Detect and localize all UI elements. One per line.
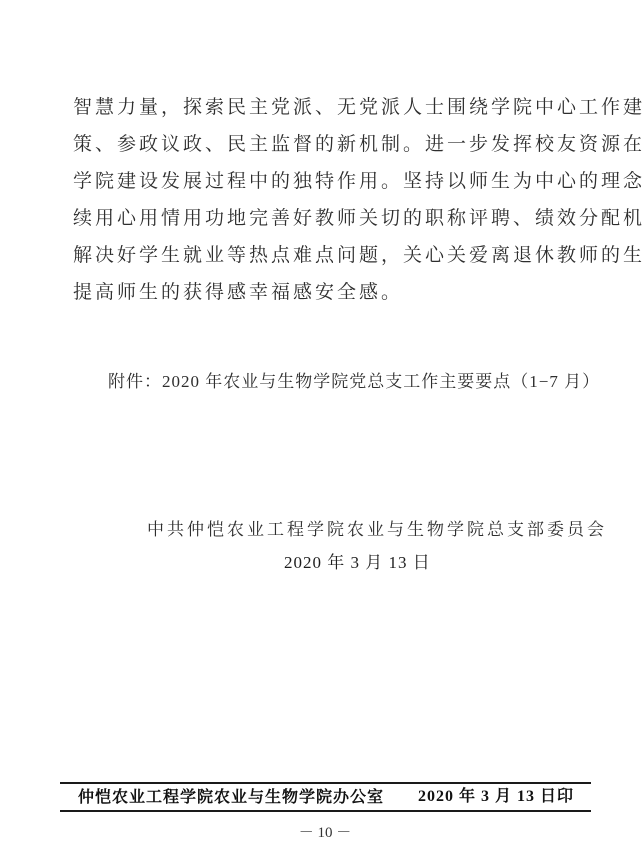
footer-bottom-rule bbox=[60, 810, 591, 812]
attachment-note: 附件：2020 年农业与生物学院党总支工作主要要点（1−7 月） bbox=[108, 367, 600, 397]
paragraph-line: 解决好学生就业等热点难点问题，关心关爱离退休教师的生活， bbox=[73, 237, 573, 274]
signature-organization: 中共仲恺农业工程学院农业与生物学院总支部委员会 bbox=[147, 517, 607, 543]
paragraph-line: 续用心用情用功地完善好教师关切的职称评聘、绩效分配机制、 bbox=[73, 200, 573, 237]
signature-date: 2020 年 3 月 13 日 bbox=[284, 550, 431, 576]
footer-print-date: 2020 年 3 月 13 日印 bbox=[418, 786, 574, 808]
footer-top-rule bbox=[60, 782, 591, 784]
body-paragraph: 智慧力量，探索民主党派、无党派人士围绕学院中心工作建言献 策、参政议政、民主监督… bbox=[73, 89, 573, 311]
page-number: － 10 － bbox=[0, 822, 642, 844]
paragraph-line: 智慧力量，探索民主党派、无党派人士围绕学院中心工作建言献 bbox=[73, 89, 573, 126]
paragraph-line: 提高师生的获得感幸福感安全感。 bbox=[73, 274, 573, 311]
paragraph-line: 学院建设发展过程中的独特作用。坚持以师生为中心的理念，继 bbox=[73, 163, 573, 200]
footer-issuer: 仲恺农业工程学院农业与生物学院办公室 bbox=[78, 786, 384, 808]
paragraph-line: 策、参政议政、民主监督的新机制。进一步发挥校友资源在推进 bbox=[73, 126, 573, 163]
